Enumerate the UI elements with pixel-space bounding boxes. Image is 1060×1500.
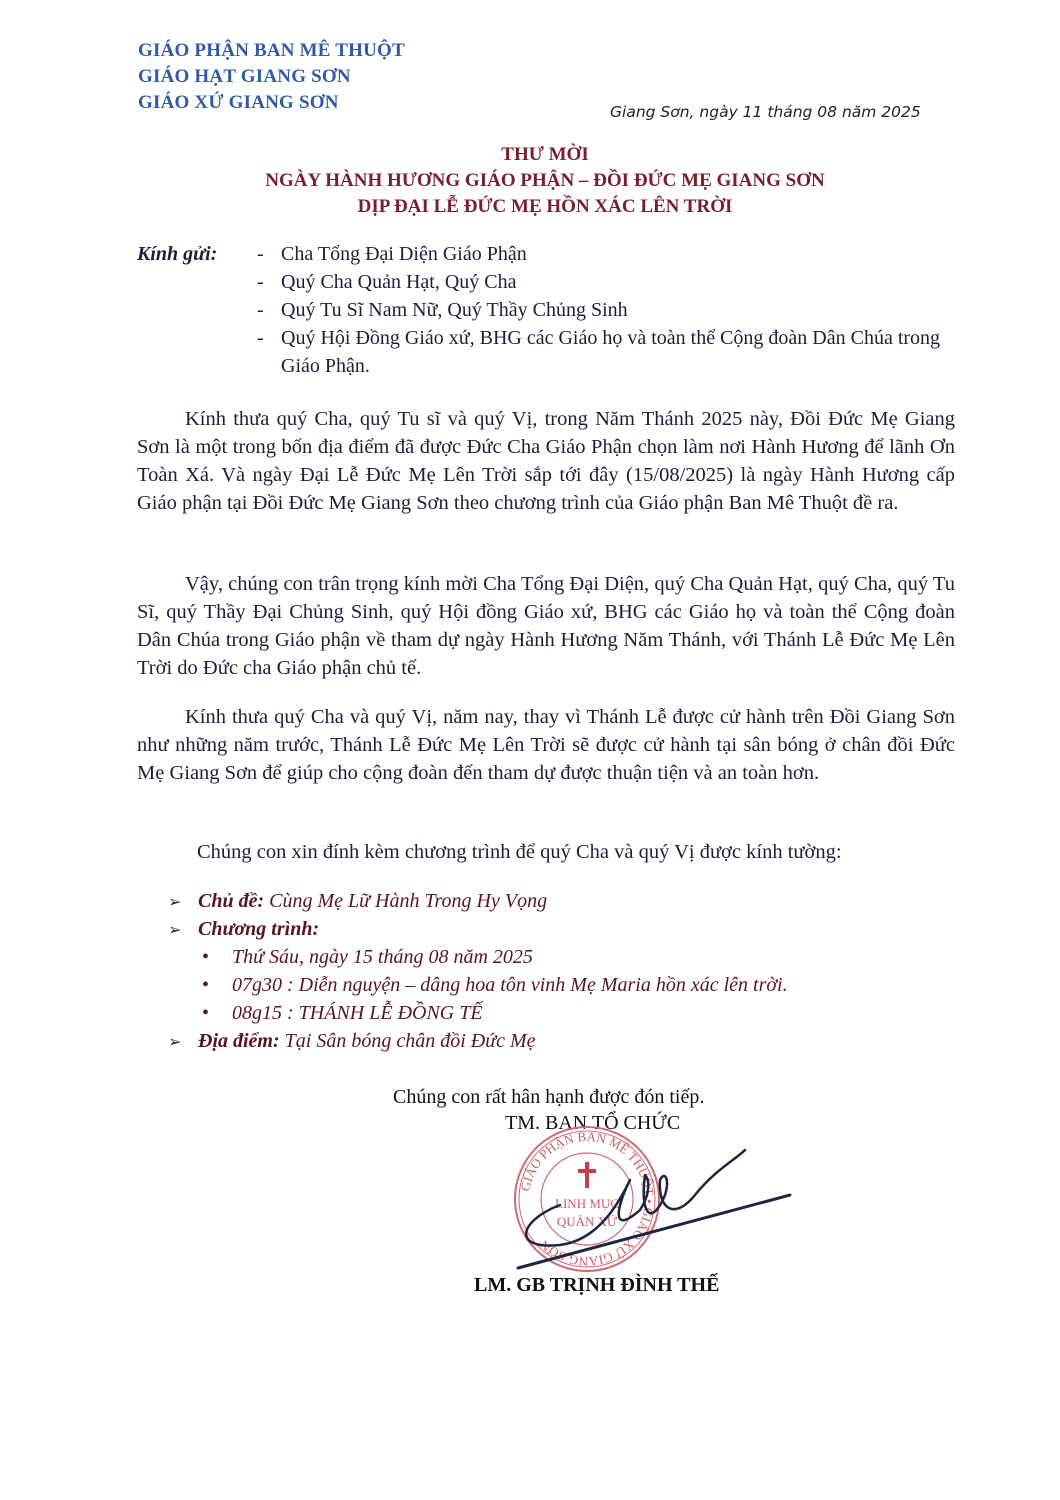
schedule-item: 07g30 : Diễn nguyện – dâng hoa tôn vinh … bbox=[168, 971, 788, 999]
deanery-name: GIÁO HẠT GIANG SƠN bbox=[138, 64, 405, 90]
recipients-list: Cha Tổng Đại Diện Giáo Phận Quý Cha Quản… bbox=[257, 240, 957, 380]
body-paragraph: Kính thưa quý Cha và quý Vị, năm nay, th… bbox=[137, 703, 955, 787]
parish-name: GIÁO XỨ GIANG SƠN bbox=[138, 90, 405, 116]
location-value: Tại Sân bóng chân đồi Đức Mẹ bbox=[280, 1030, 536, 1052]
letter-title: THƯ MỜI NGÀY HÀNH HƯƠNG GIÁO PHẬN – ĐỒI … bbox=[0, 142, 1060, 220]
title-line-2: NGÀY HÀNH HƯƠNG GIÁO PHẬN – ĐỒI ĐỨC MẸ G… bbox=[0, 168, 1060, 194]
diocese-name: GIÁO PHẬN BAN MÊ THUỘT bbox=[138, 38, 405, 64]
theme-label: Chủ đề: bbox=[198, 890, 264, 912]
recipients-label: Kính gửi: bbox=[137, 240, 217, 268]
signer-name: LM. GB TRỊNH ĐÌNH THẾ bbox=[474, 1271, 719, 1299]
arrow-bullet-icon: ➢ bbox=[168, 917, 198, 945]
closing-line: Chúng con rất hân hạnh được đón tiếp. bbox=[393, 1083, 704, 1111]
body-paragraph: Chúng con xin đính kèm chương trình để q… bbox=[197, 838, 1015, 866]
title-line-1: THƯ MỜI bbox=[0, 142, 1060, 168]
theme-value: Cùng Mẹ Lữ Hành Trong Hy Vọng bbox=[264, 890, 547, 912]
arrow-bullet-icon: ➢ bbox=[168, 889, 198, 917]
body-paragraph: Kính thưa quý Cha, quý Tu sĩ và quý Vị, … bbox=[137, 405, 955, 517]
title-line-3: DỊP ĐẠI LỄ ĐỨC MẸ HỒN XÁC LÊN TRỜI bbox=[0, 194, 1060, 220]
schedule-item: 08g15 : THÁNH LỄ ĐỒNG TẾ bbox=[168, 999, 788, 1027]
handwritten-signature bbox=[500, 1140, 800, 1280]
recipient-item: Quý Hội Đồng Giáo xứ, BHG các Giáo họ và… bbox=[257, 324, 957, 380]
schedule-label: Chương trình: bbox=[198, 918, 319, 940]
location-row: ➢Địa điểm: Tại Sân bóng chân đồi Đức Mẹ bbox=[168, 1027, 788, 1055]
organization-header: GIÁO PHẬN BAN MÊ THUỘT GIÁO HẠT GIANG SƠ… bbox=[138, 38, 405, 116]
theme-row: ➢Chủ đề: Cùng Mẹ Lữ Hành Trong Hy Vọng bbox=[168, 887, 788, 915]
recipient-item: Cha Tổng Đại Diện Giáo Phận bbox=[257, 240, 957, 268]
body-paragraph: Vậy, chúng con trân trọng kính mời Cha T… bbox=[137, 570, 955, 682]
schedule-row: ➢Chương trình: bbox=[168, 915, 788, 943]
arrow-bullet-icon: ➢ bbox=[168, 1029, 198, 1057]
place-date: Giang Sơn, ngày 11 tháng 08 năm 2025 bbox=[610, 103, 921, 121]
program-section: ➢Chủ đề: Cùng Mẹ Lữ Hành Trong Hy Vọng ➢… bbox=[168, 887, 788, 1055]
recipient-item: Quý Cha Quản Hạt, Quý Cha bbox=[257, 268, 957, 296]
schedule-item: Thứ Sáu, ngày 15 tháng 08 năm 2025 bbox=[168, 943, 788, 971]
invitation-letter: GIÁO PHẬN BAN MÊ THUỘT GIÁO HẠT GIANG SƠ… bbox=[0, 0, 1060, 1500]
recipient-item: Quý Tu Sĩ Nam Nữ, Quý Thầy Chủng Sinh bbox=[257, 296, 957, 324]
location-label: Địa điểm: bbox=[198, 1030, 280, 1052]
